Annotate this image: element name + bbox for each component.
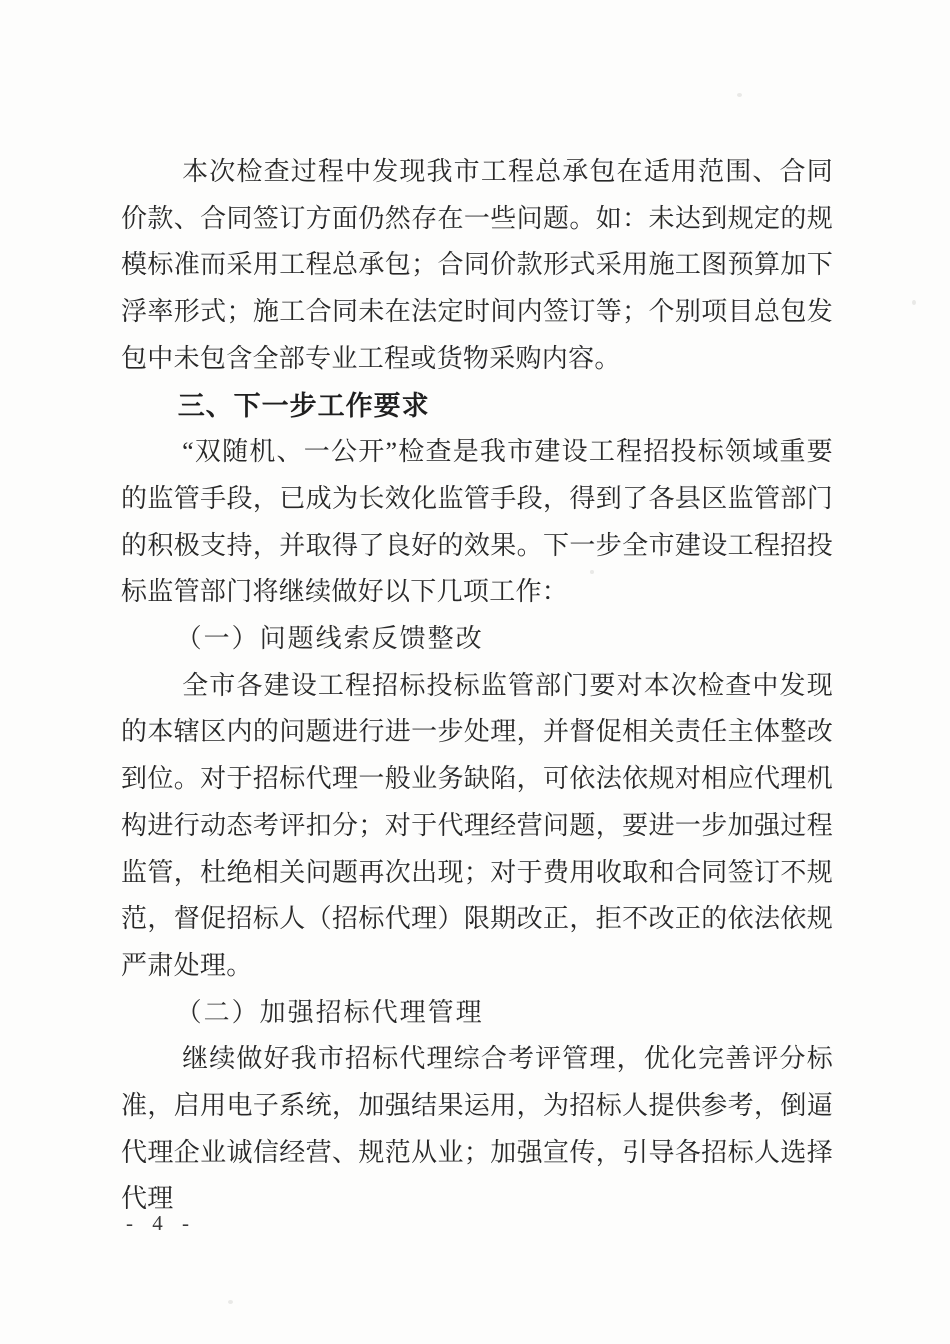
paragraph-item2-details: 继续做好我市招标代理综合考评管理，优化完善评分标准，启用电子系统，加强结果运用，…	[121, 1036, 833, 1223]
scan-speck	[737, 93, 742, 97]
heading-item2-agency-management: （二）加强招标代理管理	[121, 990, 833, 1037]
paragraph-item1-details: 全市各建设工程招标投标监管部门要对本次检查中发现的本辖区内的问题进行进一步处理，…	[121, 663, 833, 990]
paragraph-inspection-findings: 本次检查过程中发现我市工程总承包在适用范围、合同价款、合同签订方面仍然存在一些问…	[121, 149, 833, 383]
heading-next-step-requirements: 三、下一步工作要求	[121, 383, 833, 430]
paragraph-next-steps-intro: “双随机、一公开”检查是我市建设工程招投标领域重要的监管手段，已成为长效化监管手…	[121, 429, 833, 616]
page-number: - 4 -	[126, 1211, 196, 1236]
scan-speck	[228, 1300, 233, 1304]
scan-speck	[912, 300, 916, 305]
document-body: 本次检查过程中发现我市工程总承包在适用范围、合同价款、合同签订方面仍然存在一些问…	[121, 149, 833, 1223]
heading-item1-feedback-rectification: （一）问题线索反馈整改	[121, 616, 833, 663]
document-page: 本次检查过程中发现我市工程总承包在适用范围、合同价款、合同签订方面仍然存在一些问…	[0, 0, 950, 1344]
